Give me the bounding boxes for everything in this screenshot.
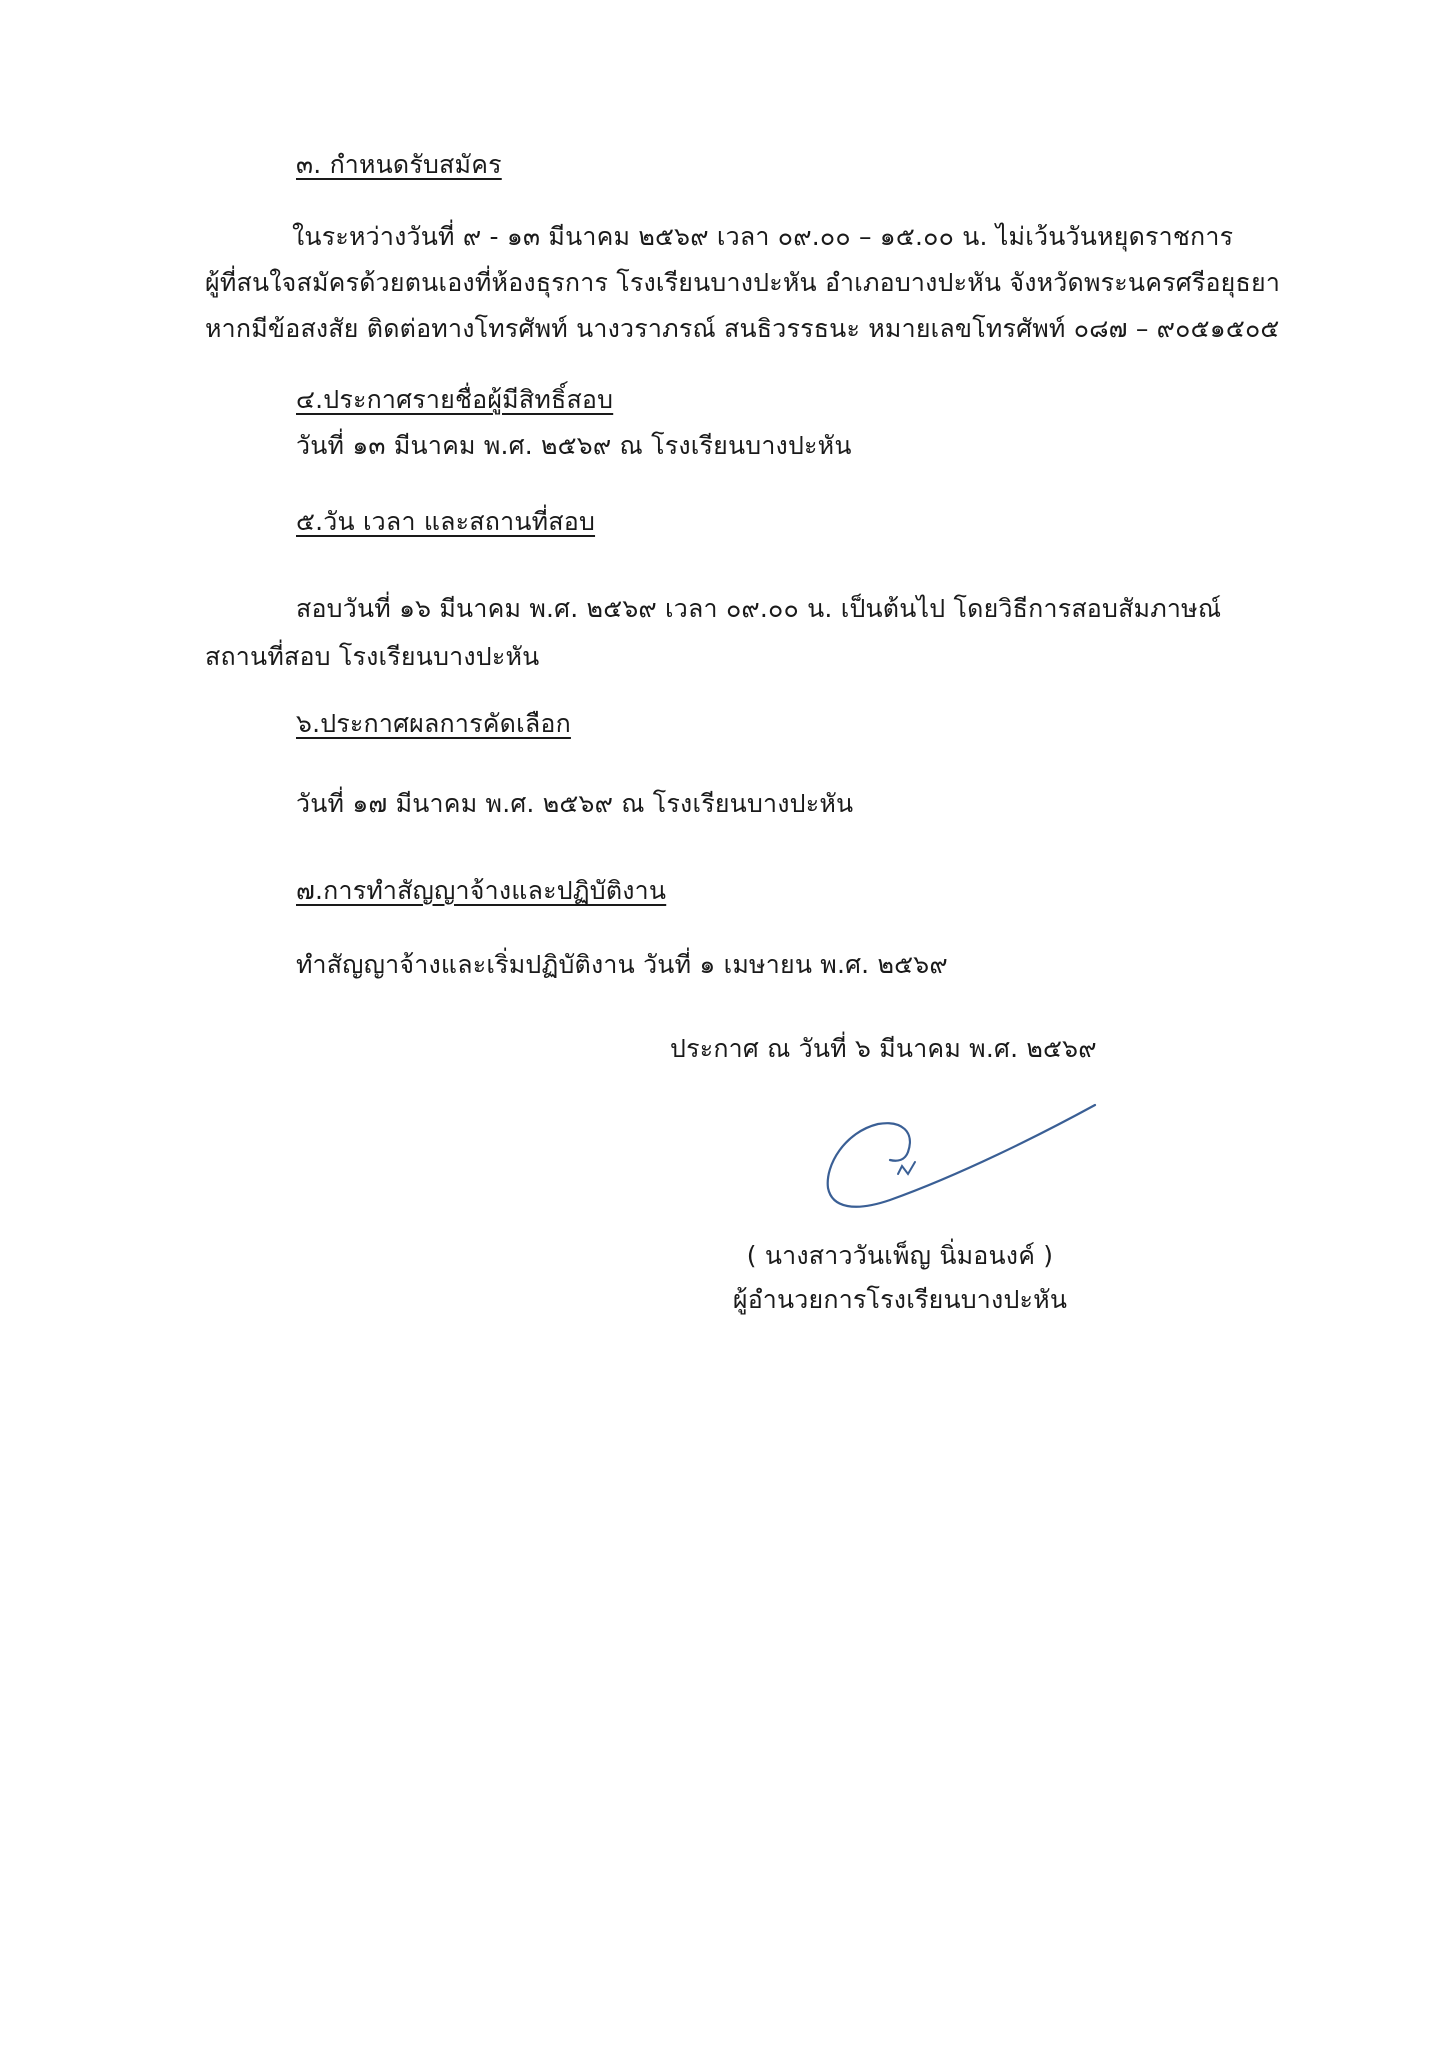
section-3-line-1: ในระหว่างวันที่ ๙ - ๑๓ มีนาคม ๒๕๖๙ เวลา … — [292, 220, 1233, 254]
section-6-line-1: วันที่ ๑๗ มีนาคม พ.ศ. ๒๕๖๙ ณ โรงเรียนบาง… — [296, 787, 853, 821]
section-7-heading: ๗.การทำสัญญาจ้างและปฏิบัติงาน — [296, 874, 666, 908]
signature-mark — [820, 1100, 1100, 1215]
document-page: ๓. กำหนดรับสมัคร ในระหว่างวันที่ ๙ - ๑๓ … — [0, 0, 1449, 2048]
signer-name: ( นางสาววันเพ็ญ นิ่มอนงค์ ) — [720, 1239, 1080, 1273]
section-5-line-1: สอบวันที่ ๑๖ มีนาคม พ.ศ. ๒๕๖๙ เวลา ๐๙.๐๐… — [296, 592, 1221, 626]
section-3-line-2: ผู้ที่สนใจสมัครด้วยตนเองที่ห้องธุรการ โร… — [205, 266, 1280, 300]
section-4-line-1: วันที่ ๑๓ มีนาคม พ.ศ. ๒๕๖๙ ณ โรงเรียนบาง… — [296, 429, 852, 463]
section-3-heading: ๓. กำหนดรับสมัคร — [296, 148, 502, 182]
section-5-heading: ๕.วัน เวลา และสถานที่สอบ — [296, 505, 595, 539]
section-7-line-1: ทำสัญญาจ้างและเริ่มปฏิบัติงาน วันที่ ๑ เ… — [296, 948, 948, 982]
section-6-heading: ๖.ประกาศผลการคัดเลือก — [296, 707, 571, 741]
section-3-line-3: หากมีข้อสงสัย ติดต่อทางโทรศัพท์ นางวราภร… — [205, 312, 1280, 346]
announcement-date: ประกาศ ณ วันที่ ๖ มีนาคม พ.ศ. ๒๕๖๙ — [670, 1032, 1097, 1066]
section-5-line-2: สถานที่สอบ โรงเรียนบางปะหัน — [205, 640, 539, 674]
section-4-heading: ๔.ประกาศรายชื่อผู้มีสิทธิ์สอบ — [296, 383, 613, 417]
signer-title: ผู้อำนวยการโรงเรียนบางปะหัน — [720, 1283, 1080, 1317]
